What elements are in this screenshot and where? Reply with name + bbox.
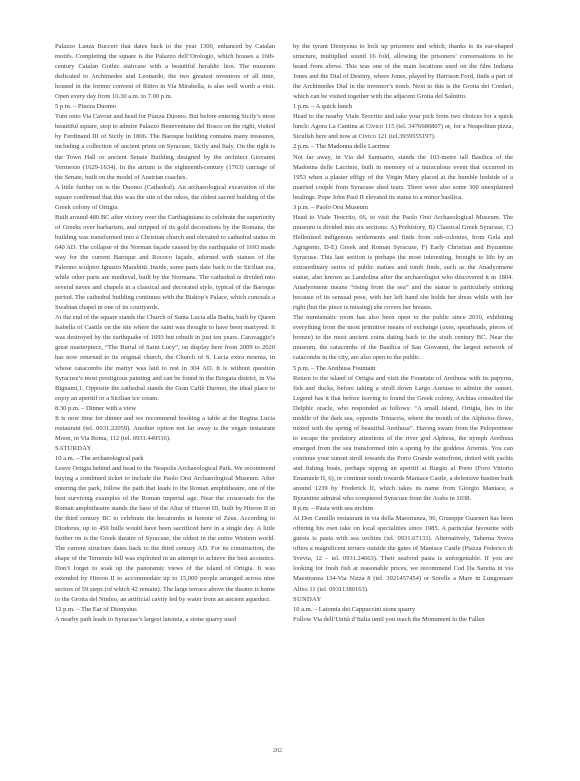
day-heading: SATURDAY — [55, 444, 275, 454]
itinerary-heading: 10 a.m. – Latomia dei Cappuccini stone q… — [293, 605, 513, 615]
itinerary-heading: 1 p.m. – A quick lunch — [293, 102, 513, 112]
itinerary-heading: 12 p.m. – The Ear of Dionysius — [55, 605, 275, 615]
right-column: by the tyrant Dionysius to lock up priso… — [293, 42, 513, 625]
paragraph: Turn onto Via Cavour and head for Piazza… — [55, 112, 275, 182]
itinerary-heading: 8 p.m. – Pasta with sea urchins — [293, 504, 513, 514]
page-number: 202 — [273, 748, 282, 754]
paragraph: Leave Ortigia behind and head to the Nea… — [55, 464, 275, 605]
paragraph: Head to the nearby Viale Teocrito and ta… — [293, 112, 513, 142]
paragraph: It is now time for dinner and we recomme… — [55, 414, 275, 444]
paragraph: Follow Via dell’Unità d’Italia until you… — [293, 615, 513, 625]
paragraph: Built around 480 BC after victory over t… — [55, 213, 275, 313]
itinerary-heading: 5 p.m. – Piazza Duomo — [55, 102, 275, 112]
left-column: Palazzo Lanza Bucceri that dates back to… — [55, 42, 275, 625]
day-heading: SUNDAY — [293, 595, 513, 605]
paragraph: At Don Camillo restaurant in via della M… — [293, 514, 513, 594]
itinerary-heading: 10 a.m. – The archaeological park — [55, 454, 275, 464]
paragraph: Not far away, in Via del Santuario, stan… — [293, 153, 513, 203]
paragraph: The numismatic room has also been open t… — [293, 313, 513, 363]
itinerary-heading: 3 p.m. – Paolo Orsi Museum — [293, 203, 513, 213]
itinerary-heading: 5 p.m. – The Arethusa Fountain — [293, 364, 513, 374]
paragraph: A nearby path leads to Syracuse’s larges… — [55, 615, 275, 625]
paragraph: Return to the island of Ortigia and visi… — [293, 374, 513, 505]
document-page: Palazzo Lanza Bucceri that dates back to… — [0, 0, 580, 781]
paragraph: A little further on is the Duomo (Cathed… — [55, 183, 275, 213]
itinerary-heading: 2 p.m. – The Madonna delle Lacrime — [293, 142, 513, 152]
paragraph: Head to Viale Teocrito, 66, to visit the… — [293, 213, 513, 313]
paragraph: by the tyrant Dionysius to lock up priso… — [293, 42, 513, 102]
paragraph: Palazzo Lanza Bucceri that dates back to… — [55, 42, 275, 102]
paragraph: At the end of the square stands the Chur… — [55, 313, 275, 403]
itinerary-heading: 8.30 p.m. – Dinner with a view — [55, 404, 275, 414]
